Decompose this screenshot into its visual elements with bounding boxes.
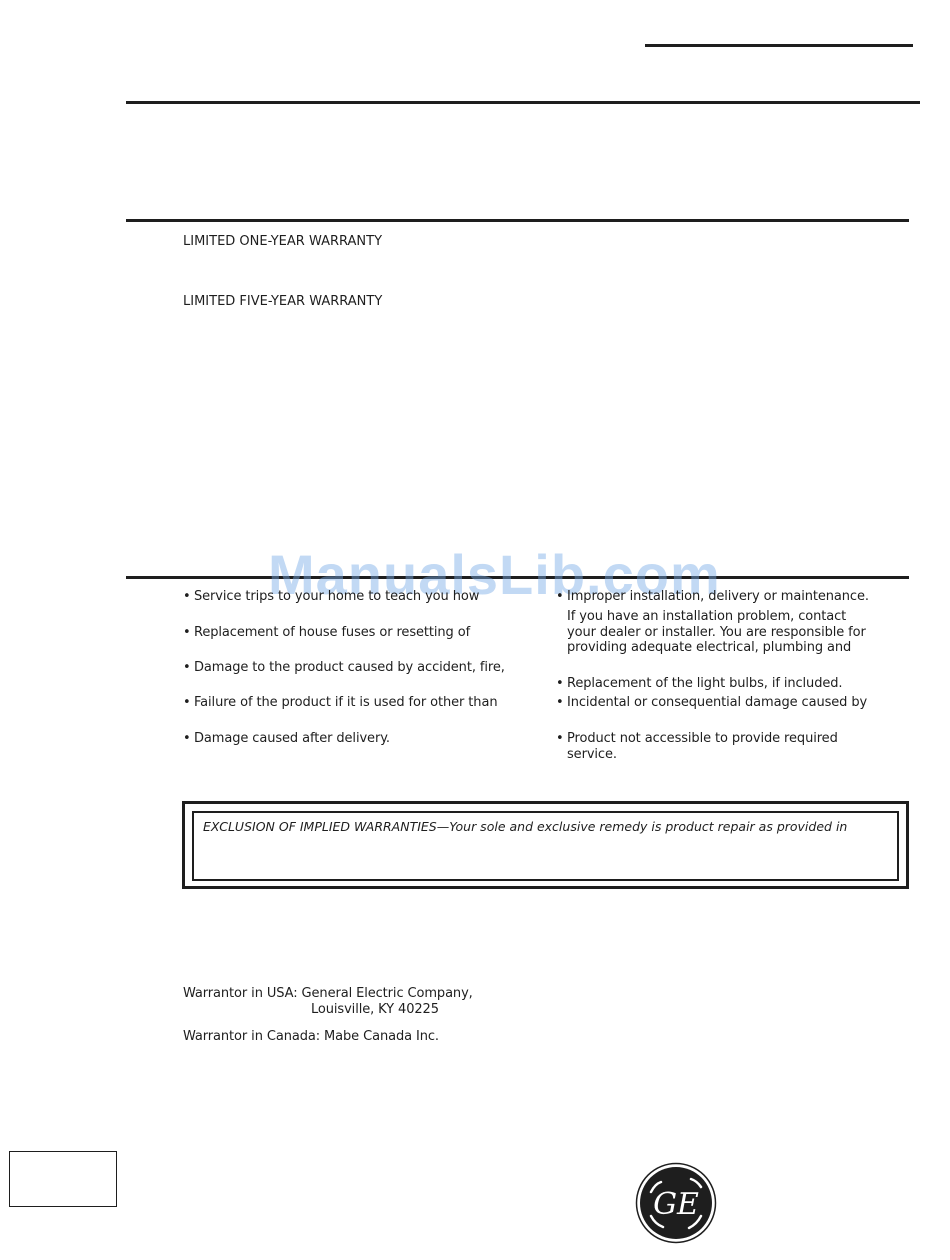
section-rule-warranty bbox=[126, 219, 909, 222]
exclusion-item-continuation: service. bbox=[556, 747, 617, 763]
exclusion-item: Damage caused after delivery. bbox=[183, 731, 390, 747]
exclusion-item: Incidental or consequential damage cause… bbox=[556, 695, 867, 711]
exclusion-item: Replacement of house fuses or resetting … bbox=[183, 625, 470, 641]
warranty-heading-five-year: LIMITED FIVE-YEAR WARRANTY bbox=[183, 294, 382, 310]
warrantor-canada: Warrantor in Canada: Mabe Canada Inc. bbox=[183, 1029, 439, 1045]
exclusion-item-continuation: If you have an installation problem, con… bbox=[556, 609, 846, 625]
ge-logo-icon: GE bbox=[635, 1162, 717, 1244]
header-rule-short bbox=[645, 44, 913, 47]
exclusion-item-continuation: your dealer or installer. You are respon… bbox=[556, 625, 866, 641]
ge-monogram: GE bbox=[653, 1187, 699, 1222]
exclusion-item: Improper installation, delivery or maint… bbox=[556, 589, 869, 605]
exclusion-item: Damage to the product caused by accident… bbox=[183, 660, 505, 676]
exclusion-item: Product not accessible to provide requir… bbox=[556, 731, 838, 747]
exclusion-item: Replacement of the light bulbs, if inclu… bbox=[556, 676, 842, 692]
header-rule-long bbox=[126, 101, 920, 104]
exclusion-item: Failure of the product if it is used for… bbox=[183, 695, 497, 711]
warrantor-usa: Warrantor in USA: General Electric Compa… bbox=[183, 986, 473, 1002]
warrantor-usa-address: Louisville, KY 40225 bbox=[311, 1002, 439, 1018]
exclusion-item-continuation: providing adequate electrical, plumbing … bbox=[556, 640, 851, 656]
page-number-box bbox=[9, 1151, 117, 1207]
section-rule-exclusions bbox=[126, 576, 909, 579]
warranty-heading-one-year: LIMITED ONE-YEAR WARRANTY bbox=[183, 234, 382, 250]
exclusion-item: Service trips to your home to teach you … bbox=[183, 589, 479, 605]
implied-warranty-text: EXCLUSION OF IMPLIED WARRANTIES—Your sol… bbox=[203, 819, 847, 834]
